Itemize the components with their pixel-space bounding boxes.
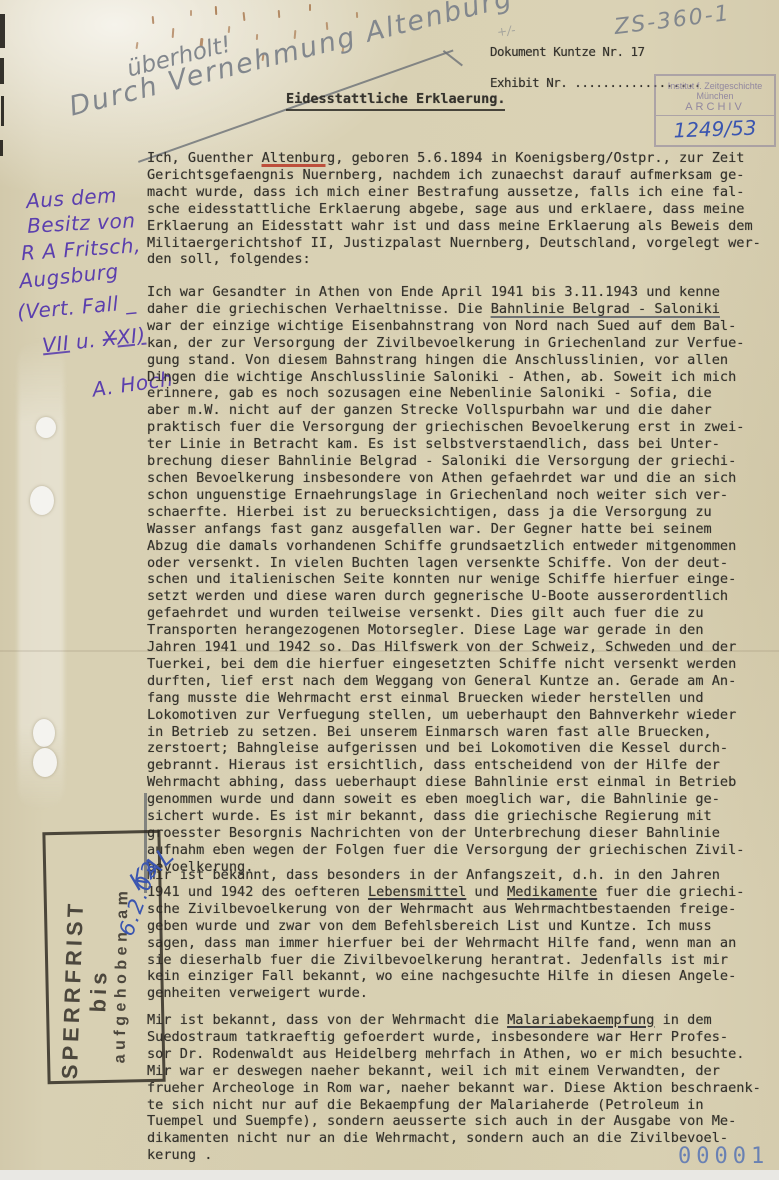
edge-mark (0, 14, 5, 48)
punch-hole (33, 748, 57, 777)
archive-stamp-archive: ARCHIV (656, 101, 774, 113)
rust-speck (136, 42, 139, 49)
punch-hole (30, 486, 54, 515)
rust-speck (356, 12, 358, 18)
rust-speck (278, 10, 281, 18)
pencil-scribble: +/- (496, 23, 516, 39)
document-number-line: Dokument Kuntze Nr. 17 (490, 44, 645, 59)
margin-note-line: VII u. XXI) (41, 323, 147, 358)
archive-stamp-institute: Institut f. Zeitgeschichte (656, 81, 774, 91)
rust-speck (152, 16, 155, 24)
pencil-strike-hook (443, 50, 463, 66)
paper-sheet: ZS-360-1 +/- Dokument Kuntze Nr. 17 Exhi… (0, 0, 779, 1170)
punch-hole (36, 417, 56, 438)
rust-speck (172, 28, 175, 38)
edge-mark (0, 58, 4, 84)
affidavit-paragraph-malaria: Mir ist bekannt, dass von der Wehrmacht … (147, 1012, 779, 1164)
rust-speck (309, 4, 311, 11)
edge-mark (0, 140, 3, 156)
margin-note-line: Aus dem (25, 183, 118, 213)
rust-speck (243, 12, 246, 21)
archive-stamp-city: München (656, 91, 774, 101)
sperrfrist-stamp-line1: SPERRFRIST bis (57, 894, 116, 1086)
rust-speck (215, 6, 217, 15)
document-title: Eidesstattliche Erklaerung. (286, 91, 505, 111)
archive-stamp: Institut f. Zeitgeschichte München ARCHI… (654, 74, 776, 147)
margin-note-line: (Vert. Fall _ (16, 290, 137, 324)
archive-signature-pencil: ZS-360-1 (613, 1, 732, 40)
archive-accession-number: 1249/53 (656, 115, 775, 143)
rust-speck (190, 10, 192, 16)
punch-hole (33, 719, 55, 747)
affidavit-paragraph-railways: Ich war Gesandter in Athen von Ende Apri… (147, 284, 779, 876)
affidavit-paragraph-intro: Ich, Guenther Altenburg, geboren 5.6.189… (147, 150, 779, 268)
page-number-stamp: 00001 (678, 1144, 769, 1169)
scanned-document-page: ZS-360-1 +/- Dokument Kuntze Nr. 17 Exhi… (0, 0, 779, 1180)
rust-speck (228, 26, 231, 33)
edge-mark (1, 96, 4, 126)
scanner-background-strip (0, 1170, 779, 1180)
rust-speck (256, 34, 258, 40)
affidavit-paragraph-supplies: Mir ist bekannt, dass besonders in der A… (147, 867, 779, 1002)
margin-note-line: R A Fritsch, (20, 233, 141, 265)
